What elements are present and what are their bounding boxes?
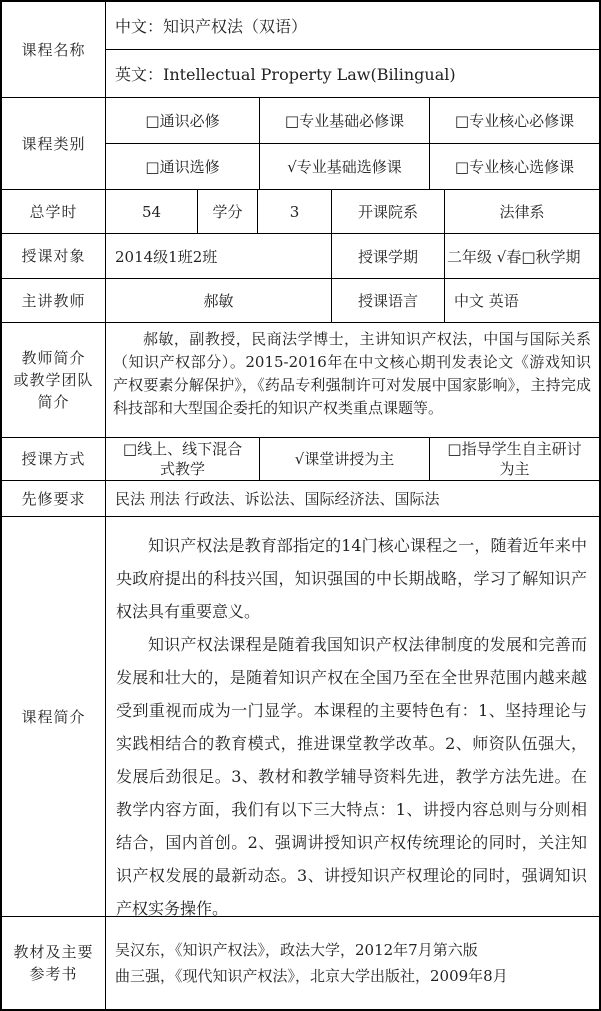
label-total-hours: 总学时 [2,190,106,233]
prerequisites-value: 民法 刑法 行政法、诉讼法、国际经济法、国际法 [106,481,599,516]
row-teacher: 主讲教师 郝敏 授课语言 中文 英语 [2,279,599,323]
checkbox-icon: □ [447,440,461,458]
category-option-major-basic-required: □专业基础必修课 [260,98,430,143]
label-course-intro-text: 课程简介 [21,706,85,728]
checkbox-icon: □ [285,112,299,130]
total-hours-number: 54 [142,203,161,221]
option-label-line2: 式教学 [160,459,205,479]
label-textbooks-line2: 参考书 [29,963,77,985]
row-audience: 授课对象 2014级1班2班 授课学期 二年级 √春□秋学期 [2,234,599,279]
option-label: 专业基础必修课 [299,110,404,131]
option-label: 指导学生自主研讨 [462,440,582,458]
term-value: 二年级 √春□秋学期 [445,234,599,278]
textbook-entry-1: 吴汉东，《知识产权法》，政法大学，2012年7月第六版 [115,937,478,963]
option-label: 通识选修 [160,156,220,177]
course-intro-paragraph1: 知识产权法是教育部指定的14门核心课程之一，随着近年来中央政府提出的科技兴国，知… [116,529,587,628]
checkbox-icon: □ [455,112,469,130]
label-audience: 授课对象 [2,234,106,278]
prerequisites-text: 民法 刑法 行政法、诉讼法、国际经济法、国际法 [115,488,440,509]
checkbox-icon: □ [455,158,469,176]
row-prerequisites: 先修要求 民法 刑法 行政法、诉讼法、国际经济法、国际法 [2,481,599,517]
label-prerequisites: 先修要求 [2,481,106,516]
option-label: 线上、线下混合 [137,440,242,458]
label-teaching-method: 授课方式 [2,438,106,480]
label-language-text: 授课语言 [358,290,418,311]
label-audience-text: 授课对象 [21,245,85,267]
label-language: 授课语言 [332,279,445,322]
label-term-text: 授课学期 [358,246,418,267]
textbooks-cell: 吴汉东，《知识产权法》，政法大学，2012年7月第六版 曲三强，《现代知识产权法… [106,917,599,1009]
textbook-entry-2: 曲三强，《现代知识产权法》，北京大学出版社，2009年8月 [115,963,508,989]
label-prerequisites-text: 先修要求 [21,488,85,510]
method-option-blended: □线上、线下混合 式教学 [106,438,260,480]
category-option-major-basic-elective: √专业基础选修课 [260,144,430,189]
row-course-name: 课程名称 中文：知识产权法（双语） 英文：Intellectual Proper… [2,2,599,98]
label-term: 授课学期 [332,234,445,278]
label-teacher-bio-line3: 简介 [37,391,69,413]
row-course-category: 课程类别 □通识必修 □专业基础必修课 □专业核心必修课 □通识选修 √专业 [2,98,599,190]
course-name-en-cell: 英文：Intellectual Property Law(Bilingual) [106,50,599,97]
department-text: 法律系 [499,201,544,222]
label-credit-text: 学分 [212,201,242,222]
label-teaching-method-text: 授课方式 [21,448,85,470]
label-department-text: 开课院系 [358,201,418,222]
option-label: 专业核心选修课 [469,156,574,177]
option-label: 专业核心必修课 [469,110,574,131]
method-option-lecture: √课堂讲授为主 [260,438,430,480]
category-option-general-required: □通识必修 [106,98,260,143]
category-option-major-core-elective: □专业核心选修课 [430,144,599,189]
label-teacher-bio-line1: 教师简介 [21,347,85,369]
audience-value: 2014级1班2班 [106,234,332,278]
label-course-name-text: 课程名称 [21,39,85,61]
term-text: 二年级 √春□秋学期 [447,246,581,267]
checkmark-icon: √ [295,450,305,468]
label-teacher-bio: 教师简介 或教学团队 简介 [2,323,106,437]
credit-value: 3 [258,190,332,233]
checkmark-icon: √ [287,158,297,176]
label-credit: 学分 [198,190,258,233]
audience-text: 2014级1班2班 [115,246,217,267]
option-label: 课堂讲授为主 [304,450,394,468]
label-textbooks-line1: 教材及主要 [13,941,93,963]
checkbox-icon: □ [145,158,159,176]
option-label: 通识必修 [160,110,220,131]
course-name-zh-cell: 中文：知识产权法（双语） [106,2,599,49]
total-hours-value: 54 [106,190,198,233]
method-option-self-study: □指导学生自主研讨 为主 [430,438,599,480]
label-department: 开课院系 [332,190,445,233]
language-text: 中文 英语 [454,290,519,311]
course-info-table: 课程名称 中文：知识产权法（双语） 英文：Intellectual Proper… [0,0,601,1011]
teacher-bio-cell: 郝敏，副教授，民商法学博士，主讲知识产权法，中国与国际关系（知识产权部分）。20… [106,323,599,437]
label-course-category: 课程类别 [2,98,106,189]
checkbox-icon: □ [123,440,137,458]
row-textbooks: 教材及主要 参考书 吴汉东，《知识产权法》，政法大学，2012年7月第六版 曲三… [2,917,599,1009]
course-name-zh: 中文：知识产权法（双语） [115,14,307,37]
row-hours: 总学时 54 学分 3 开课院系 法律系 [2,190,599,234]
option-label: 专业基础选修课 [297,156,402,177]
checkbox-icon: □ [145,112,159,130]
label-course-name: 课程名称 [2,2,106,97]
teacher-bio-text: 郝敏，副教授，民商法学博士，主讲知识产权法，中国与国际关系（知识产权部分）。20… [113,328,591,420]
label-total-hours-text: 总学时 [29,201,77,223]
course-intro-paragraph2: 知识产权法课程是随着我国知识产权法律制度的发展和完善而发展和壮大的，是随着知识产… [116,628,587,925]
teacher-name: 郝敏 [203,290,233,311]
label-textbooks: 教材及主要 参考书 [2,917,106,1009]
category-option-general-elective: □通识选修 [106,144,260,189]
language-value: 中文 英语 [445,279,599,322]
course-name-en: 英文：Intellectual Property Law(Bilingual) [115,62,456,85]
row-teaching-method: 授课方式 □线上、线下混合 式教学 √课堂讲授为主 □指导学生自主研讨 为主 [2,438,599,481]
teacher-value: 郝敏 [106,279,332,322]
label-teacher-bio-line2: 或教学团队 [13,369,93,391]
label-course-category-text: 课程类别 [21,133,85,155]
department-value: 法律系 [445,190,599,233]
credit-number: 3 [290,203,300,221]
label-teacher: 主讲教师 [2,279,106,322]
row-teacher-bio: 教师简介 或教学团队 简介 郝敏，副教授，民商法学博士，主讲知识产权法，中国与国… [2,323,599,438]
option-label-line2: 为主 [499,459,529,479]
row-course-intro: 课程简介 知识产权法是教育部指定的14门核心课程之一，随着近年来中央政府提出的科… [2,517,599,917]
course-intro-cell: 知识产权法是教育部指定的14门核心课程之一，随着近年来中央政府提出的科技兴国，知… [106,517,599,916]
label-course-intro: 课程简介 [2,517,106,916]
label-teacher-text: 主讲教师 [21,290,85,312]
category-option-major-core-required: □专业核心必修课 [430,98,599,143]
